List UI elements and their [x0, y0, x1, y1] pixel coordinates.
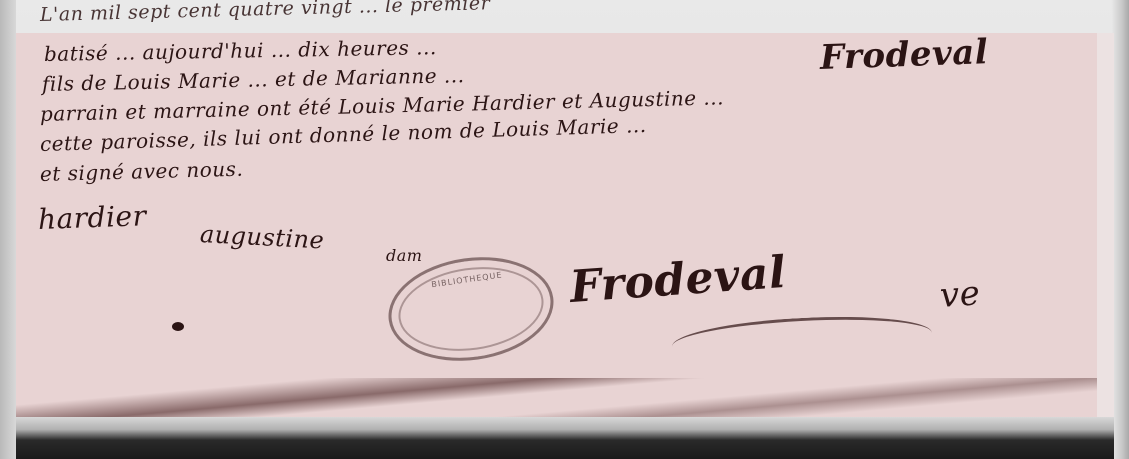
stamp-text: BIBLIOTHEQUE	[407, 267, 527, 293]
page-left-edge	[0, 0, 16, 459]
top-signature: Frodeval	[819, 32, 989, 78]
ink-blot	[172, 322, 184, 331]
page-bottom-edge	[16, 417, 1114, 459]
page-damage-marks	[16, 378, 1097, 418]
signature-priest-suffix: ve	[939, 273, 982, 316]
highlight-edge-strip	[1097, 33, 1114, 417]
signature-hardier: hardier	[37, 199, 147, 236]
signature-third: dam	[386, 246, 422, 265]
